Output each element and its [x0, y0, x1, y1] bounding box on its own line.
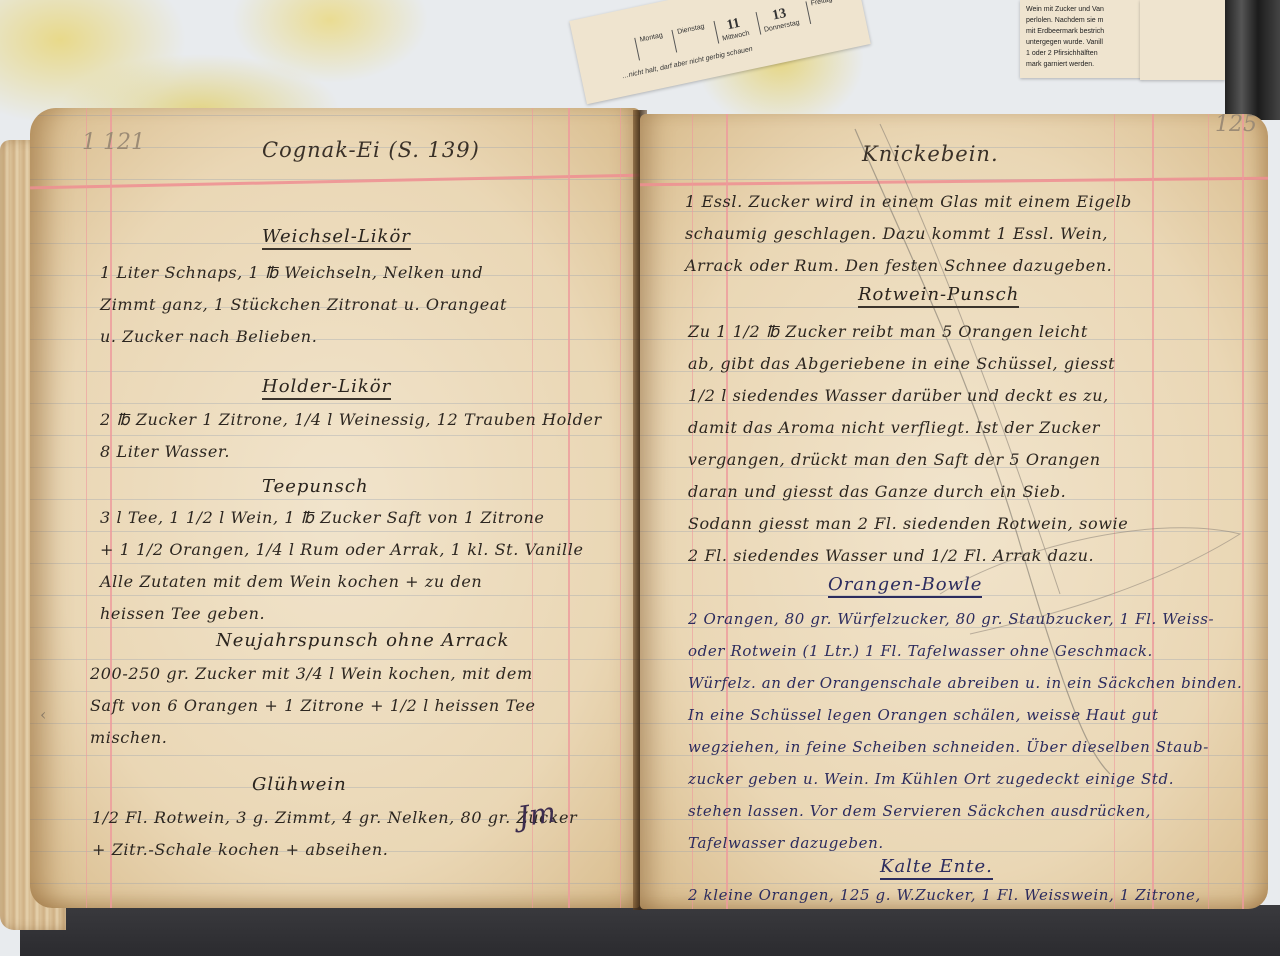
recipe-line: Sodann giesst man 2 Fl. siedenden Rotwei…: [688, 514, 1128, 533]
recipe-line: 2 kleine Orangen, 125 g. W.Zucker, 1 Fl.…: [688, 886, 1201, 904]
column-rule: [568, 108, 570, 908]
recipe-notebook: 1 121 Cognak-Ei (S. 139) Weichsel-Likör …: [0, 90, 1280, 910]
recipe-line: schaumig geschlagen. Dazu kommt 1 Essl. …: [685, 224, 1108, 243]
recipe-title: Holder-Likör: [262, 376, 391, 400]
printed-line: mit Erdbeermark bestrich: [1026, 26, 1136, 37]
column-rule: [1208, 114, 1209, 909]
printed-line: perlolen. Nachdem sie m: [1026, 15, 1136, 26]
recipe-title: Orangen-Bowle: [828, 574, 982, 598]
recipe-line: ab, gibt das Abgeriebene in eine Schüsse…: [688, 354, 1115, 373]
calendar-day: Montag: [634, 31, 670, 60]
calendar-day: Dienstag: [672, 22, 713, 52]
red-header-rule: [640, 177, 1268, 187]
recipe-line: 1 Essl. Zucker wird in einem Glas mit ei…: [685, 192, 1132, 211]
recipe-line: daran und giesst das Ganze durch ein Sie…: [688, 482, 1066, 501]
page-number: 1 121: [82, 130, 145, 155]
red-header-rule: [30, 174, 640, 190]
recipe-line: wegziehen, in feine Scheiben schneiden. …: [688, 738, 1209, 756]
recipe-line: mischen.: [90, 728, 167, 747]
calendar-day: 11Mittwoch: [713, 13, 754, 43]
recipe-title: Glühwein: [252, 774, 347, 795]
calendar-day: 13Donnerstag: [755, 3, 804, 35]
recipe-line: + 1 1/2 Orangen, 1/4 l Rum oder Arrak, 1…: [100, 540, 584, 559]
recipe-title: Rotwein-Punsch: [858, 284, 1019, 308]
margin-arrow-mark: ‹: [40, 705, 46, 724]
recipe-line: Zu 1 1/2 ℔ Zucker reibt man 5 Orangen le…: [688, 322, 1088, 341]
recipe-line: Alle Zutaten mit dem Wein kochen + zu de…: [100, 572, 482, 591]
recipe-line: Tafelwasser dazugeben.: [688, 834, 884, 852]
printed-line: untergegen wurde. Vanill: [1026, 37, 1136, 48]
column-rule: [620, 108, 621, 908]
column-rule: [1242, 114, 1244, 909]
recipe-line: Würfelz. an der Orangenschale abreiben u…: [688, 674, 1242, 692]
recipe-line: u. Zucker nach Belieben.: [100, 327, 317, 346]
dark-surface: [20, 905, 1280, 956]
recipe-line: 200-250 gr. Zucker mit 3/4 l Wein kochen…: [90, 664, 533, 683]
recipe-line: oder Rotwein (1 Ltr.) 1 Fl. Tafelwasser …: [688, 642, 1153, 660]
margin-rule: [86, 108, 87, 908]
calendar-clipping: Montag Dienstag 11Mittwoch 13Donnerstag …: [569, 0, 870, 104]
printed-recipe-clipping: Wein mit Zucker und Van perlolen. Nachde…: [1020, 0, 1142, 78]
column-rule: [1114, 114, 1115, 909]
recipe-line: 2 Orangen, 80 gr. Würfelzucker, 80 gr. S…: [688, 610, 1214, 628]
recipe-line: Arrack oder Rum. Den festen Schnee dazug…: [685, 256, 1112, 275]
recipe-line: 2 ℔ Zucker 1 Zitrone, 1/4 l Weinessig, 1…: [100, 410, 602, 429]
recipe-title: Kalte Ente.: [880, 856, 993, 880]
recipe-line: 1/2 l siedendes Wasser darüber und deckt…: [688, 386, 1109, 405]
recipe-line: 1/2 Fl. Rotwein, 3 g. Zimmt, 4 gr. Nelke…: [92, 808, 577, 827]
left-page: 1 121 Cognak-Ei (S. 139) Weichsel-Likör …: [30, 108, 640, 908]
calendar-day: Freitag: [805, 0, 840, 24]
recipe-line: 3 l Tee, 1 1/2 l Wein, 1 ℔ Zucker Saft v…: [100, 508, 544, 527]
recipe-line: heissen Tee geben.: [100, 604, 265, 623]
printed-line: 1 oder 2 Pfirsichhälften: [1026, 48, 1136, 59]
recipe-line: 2 Fl. siedendes Wasser und 1/2 Fl. Arrak…: [688, 546, 1094, 565]
mirrored-clipping: [1140, 0, 1225, 80]
recipe-line: 1 Liter Schnaps, 1 ℔ Weichseln, Nelken u…: [100, 263, 483, 282]
page-heading: Knickebein.: [862, 142, 999, 166]
recipe-line: vergangen, drückt man den Saft der 5 Ora…: [688, 450, 1101, 469]
page-number: 125: [1215, 114, 1257, 137]
recipe-title: Neujahrspunsch ohne Arrack: [216, 630, 509, 651]
recipe-line: 8 Liter Wasser.: [100, 442, 230, 461]
recipe-line: + Zitr.-Schale kochen + abseihen.: [92, 840, 388, 859]
recipe-line: zucker geben u. Wein. Im Kühlen Ort zuge…: [688, 770, 1174, 788]
recipe-line: stehen lassen. Vor dem Servieren Säckche…: [688, 802, 1151, 820]
recipe-title: Teepunsch: [262, 476, 369, 497]
right-page: 125 Knickebein. 1 Essl. Zucker wird in e…: [640, 114, 1268, 909]
printed-line: Wein mit Zucker und Van: [1026, 4, 1136, 15]
recipe-line: Zimmt ganz, 1 Stückchen Zitronat u. Oran…: [100, 295, 507, 314]
recipe-line: In eine Schüssel legen Orangen schälen, …: [688, 706, 1159, 724]
recipe-line: Saft von 6 Orangen + 1 Zitrone + 1/2 l h…: [90, 696, 536, 715]
signature: Jm: [516, 796, 558, 834]
recipe-line: damit das Aroma nicht verfliegt. Ist der…: [688, 418, 1100, 437]
recipe-title: Weichsel-Likör: [262, 226, 411, 250]
column-rule: [1152, 114, 1154, 909]
printed-line: mark garniert werden.: [1026, 59, 1136, 70]
page-heading: Cognak-Ei (S. 139): [262, 138, 480, 162]
